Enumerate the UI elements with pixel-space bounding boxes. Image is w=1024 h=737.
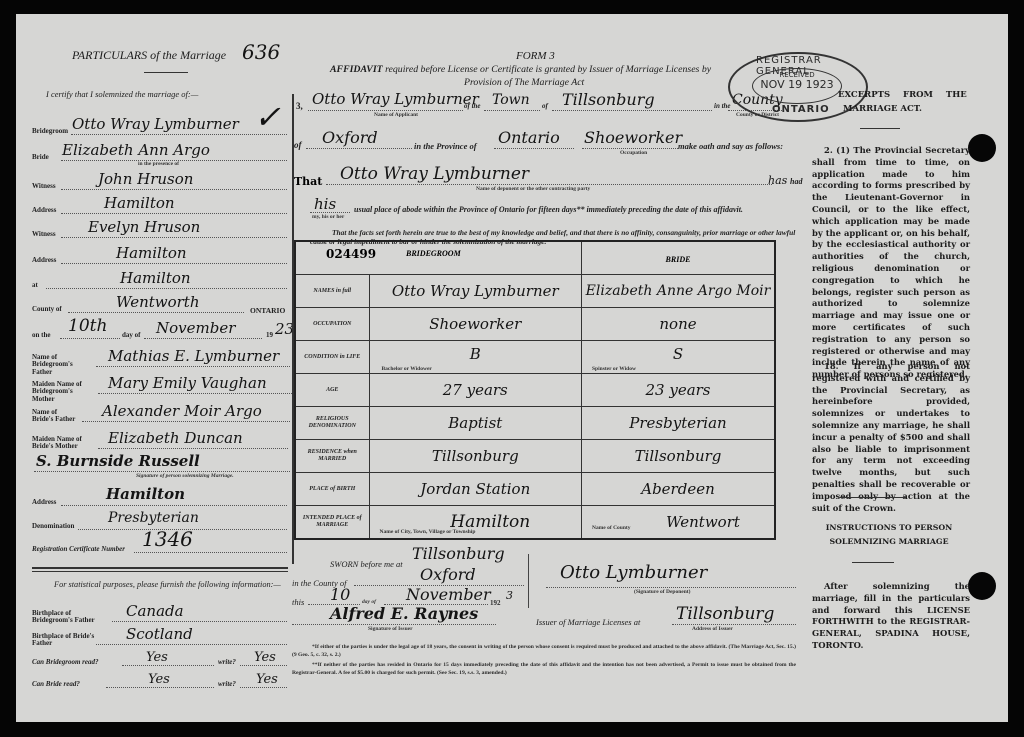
title-note: 636 — [242, 40, 280, 64]
underline — [292, 624, 496, 625]
bride-label: Bride — [32, 154, 49, 161]
form-number: FORM 3 — [516, 50, 555, 62]
deponent-caption: Name of deponent or the other contractin… — [476, 186, 590, 192]
bride-father-birthplace-value: Scotland — [126, 625, 193, 643]
groom-read-value: Yes — [146, 650, 168, 665]
bride-names: Elizabeth Anne Argo Moir — [582, 275, 776, 308]
issuer-place-caption: Address of Issuer — [692, 626, 733, 632]
divider — [852, 562, 894, 563]
affidavit-heading-rest: required before License or Certificate i… — [385, 64, 711, 75]
bride-mother-value: Elizabeth Duncan — [108, 429, 243, 447]
reg-cert-label: Registration Certificate Number — [32, 546, 125, 553]
groom-father-birthplace-value: Canada — [126, 602, 184, 620]
table-header-bridegroom: 024499 BRIDEGROOM — [295, 241, 582, 275]
deponent-signature: Otto Lymburner — [560, 562, 707, 583]
issuer-place: Tillsonburg — [676, 604, 774, 624]
bride-father-value: Alexander Moir Argo — [102, 402, 262, 420]
row-label: RELIGIOUS DENOMINATION — [295, 407, 369, 440]
underline — [122, 665, 214, 666]
groom-father-birthplace-label: Birthplace of Bridegroom's Father — [32, 610, 112, 625]
excerpt-section-2: 2. (1) The Provincial Secretary shall fr… — [812, 145, 970, 381]
groom-write-label: write? — [218, 659, 236, 666]
row-label: CONDITION in LIFE — [295, 341, 369, 374]
groom-names: Otto Wray Lymburner — [369, 275, 581, 308]
underline — [308, 110, 463, 111]
groom-write-value: Yes — [254, 650, 276, 665]
officiant-address-label: Address — [32, 499, 56, 506]
bride-read-label: Can Bride read? — [32, 681, 80, 688]
excerpts-title-2: MARRIAGE ACT. — [843, 104, 922, 114]
row-label: OCCUPATION — [295, 308, 369, 341]
stamp-inner-ring: RECEIVED NOV 19 1923 — [752, 68, 842, 104]
certificate-number: 024499 — [326, 247, 376, 261]
issuer-text: Issuer of Marriage Licenses at — [536, 617, 640, 627]
divider — [144, 72, 188, 73]
table-header-bride: BRIDE — [582, 241, 776, 275]
underline — [582, 148, 678, 149]
pronoun-caption: my, his or her — [312, 214, 344, 220]
sworn-day: 10 — [330, 585, 350, 604]
table-row-names: NAMES in full Otto Wray Lymburner Elizab… — [295, 275, 775, 308]
groom-birthplace: Jordan Station — [369, 473, 581, 506]
this-text: this — [292, 597, 304, 607]
table-row-occupation: OCCUPATION Shoeworker none — [295, 308, 775, 341]
at-value: Hamilton — [120, 269, 191, 287]
ontario-label: ONTARIO — [250, 307, 285, 315]
table-row-residence: RESIDENCE when MARRIED Tillsonburg Tills… — [295, 440, 775, 473]
underline — [71, 134, 287, 135]
underline — [98, 393, 292, 394]
address1-value: Hamilton — [104, 194, 175, 212]
bride-value: Elizabeth Ann Argo — [62, 141, 210, 159]
occupation-value: Shoeworker — [584, 128, 682, 147]
at-label: at — [32, 282, 38, 289]
address2-value: Hamilton — [116, 244, 187, 262]
groom-condition-cell: B Bachelor or Widower — [369, 341, 581, 374]
excerpts-title-1: EXCERPTS FROM THE — [838, 90, 967, 100]
denomination-value: Presbyterian — [108, 510, 199, 526]
address1-label: Address — [32, 207, 56, 214]
underline — [306, 148, 412, 149]
bride-occupation: none — [582, 308, 776, 341]
year-prefix: 19 — [266, 332, 273, 339]
bride-write-label: write? — [218, 681, 236, 688]
underline — [34, 471, 290, 472]
groom-condition-caption: Bachelor or Widower — [382, 366, 432, 372]
punch-hole-top — [968, 134, 996, 162]
day-value: 10th — [68, 316, 107, 336]
bride-mother-label: Maiden Name of Bride's Mother — [32, 436, 96, 451]
bride-father-label: Name of Bride's Father — [32, 409, 80, 424]
groom-intended-place-cell: Hamilton Name of City, Town, Village or … — [369, 506, 581, 540]
bride-residence: Tillsonburg — [582, 440, 776, 473]
occupation-caption: Occupation — [620, 150, 647, 156]
underline — [672, 624, 796, 625]
table-header-row: 024499 BRIDEGROOM BRIDE — [295, 241, 775, 275]
table-row-age: AGE 27 years 23 years — [295, 374, 775, 407]
bracket-line — [528, 554, 529, 608]
bride-condition: S — [582, 345, 774, 363]
punch-hole-bottom — [968, 572, 996, 600]
sworn-year-value: 3 — [506, 589, 513, 602]
underline — [68, 312, 244, 313]
section-divider — [32, 571, 288, 572]
underline — [106, 687, 214, 688]
table-row-condition: CONDITION in LIFE B Bachelor or Widower … — [295, 341, 775, 374]
signature-caption: Signature of person solemnizing Marriage… — [136, 473, 234, 479]
groom-religion: Baptist — [369, 407, 581, 440]
table-row-religion: RELIGIOUS DENOMINATION Baptist Presbyter… — [295, 407, 775, 440]
groom-age: 27 years — [369, 374, 581, 407]
deponent-caption: (Signature of Deponent) — [634, 589, 690, 595]
applicant-caption: Name of Applicant — [374, 112, 418, 118]
particulars-title: PARTICULARS of the Marriage — [72, 48, 226, 63]
underline — [484, 110, 540, 111]
underline — [240, 687, 287, 688]
of-the-label: of the — [464, 103, 481, 110]
officiant-address-value: Hamilton — [106, 485, 185, 503]
bridegroom-label: Bridegroom — [32, 128, 68, 135]
table-row-birthplace: PLACE of BIRTH Jordan Station Aberdeen — [295, 473, 775, 506]
of-label: of — [542, 103, 548, 110]
pronoun-value: his — [314, 195, 336, 213]
row-label: PLACE of BIRTH — [295, 473, 369, 506]
residence-county: Oxford — [322, 128, 378, 147]
stamp-bottom-text: ONTARIO — [772, 104, 830, 115]
groom-mother-label: Maiden Name of Bridegroom's Mother — [32, 381, 96, 403]
affidavit-heading-line2: Provision of The Marriage Act — [464, 77, 584, 88]
denomination-label: Denomination — [32, 523, 74, 530]
bride-condition-cell: S Spinster or Widow — [582, 341, 776, 374]
underline — [546, 587, 796, 588]
groom-father-value: Mathias E. Lymburner — [108, 347, 279, 365]
row-label: AGE — [295, 374, 369, 407]
underline — [494, 148, 574, 149]
bride-religion: Presbyterian — [582, 407, 776, 440]
check-mark-icon: ✓ — [254, 98, 281, 136]
instructions-title-2: SOLEMNIZING MARRIAGE — [808, 537, 970, 546]
underline — [98, 448, 288, 449]
bride-header: BRIDE — [666, 255, 691, 264]
underline — [240, 665, 287, 666]
presence-caption: in the presence of — [138, 161, 179, 167]
footnote-2: **If neither of the parties has resided … — [292, 662, 796, 677]
underline — [46, 288, 287, 289]
bride-read-value: Yes — [148, 672, 170, 687]
witness2-value: Evelyn Hruson — [88, 218, 200, 236]
groom-read-label: Can Bridegroom read? — [32, 659, 99, 666]
had-label: had — [790, 178, 802, 186]
row-label: RESIDENCE when MARRIED — [295, 440, 369, 473]
day-of-label: day of — [122, 332, 140, 339]
section-divider — [32, 567, 288, 569]
affidavit-heading: AFFIDAVIT required before License or Cer… — [330, 64, 711, 75]
sworn-month: November — [406, 585, 491, 604]
underline — [96, 366, 290, 367]
bridegroom-value: Otto Wray Lymburner — [72, 115, 239, 133]
month-value: November — [156, 319, 235, 337]
excerpt-section-18: 18. If any person not registered with an… — [812, 361, 970, 514]
bride-father-birthplace-label: Birthplace of Bride's Father — [32, 633, 112, 648]
groom-mother-value: Mary Emily Vaughan — [108, 374, 267, 392]
witness1-value: John Hruson — [98, 170, 193, 188]
divider — [840, 497, 906, 498]
witness1-label: Witness — [32, 183, 56, 190]
underline — [552, 110, 712, 111]
bride-write-value: Yes — [256, 672, 278, 687]
has-value: has — [768, 174, 787, 187]
officiant-signature: S. Burnside Russell — [36, 452, 200, 470]
bride-condition-caption: Spinster or Widow — [592, 366, 636, 372]
stamp-date: NOV 19 1923 — [753, 79, 841, 91]
intended-county-caption: Name of County — [592, 525, 631, 531]
marriage-document-page: PARTICULARS of the Marriage 636 I certif… — [16, 14, 1008, 722]
underline — [61, 213, 287, 214]
abode-text: usual place of abode within the Province… — [354, 205, 743, 214]
underline — [61, 505, 287, 506]
underline — [61, 237, 287, 238]
footnote-1: *If either of the parties is under the l… — [292, 644, 796, 659]
underline — [61, 189, 287, 190]
address2-label: Address — [32, 257, 56, 264]
issuer-caption: Signature of Issuer — [368, 626, 413, 632]
underline — [96, 644, 287, 645]
instructions-title-1: INSTRUCTIONS TO PERSON — [808, 523, 970, 532]
sworn-place: Tillsonburg — [412, 544, 505, 563]
bride-age: 23 years — [582, 374, 776, 407]
marriage-details-table: 024499 BRIDEGROOM BRIDE NAMES in full Ot… — [294, 240, 776, 540]
bride-birthplace: Aberdeen — [582, 473, 776, 506]
oath-text: make oath and say as follows: — [678, 141, 783, 151]
county-label: County of — [32, 306, 62, 313]
underline — [112, 621, 287, 622]
bridegroom-header: BRIDEGROOM — [406, 249, 461, 258]
place-type: Town — [492, 92, 530, 108]
groom-occupation: Shoeworker — [369, 308, 581, 341]
of-label-2: of — [294, 141, 302, 150]
bride-intended-place-cell: Wentwort Name of County — [582, 506, 776, 540]
divider — [860, 128, 900, 129]
certify-text: I certify that I solemnized the marriage… — [46, 89, 198, 99]
applicant-name: Otto Wray Lymburner — [312, 90, 479, 108]
witness2-label: Witness — [32, 231, 56, 238]
deponent-name: Otto Wray Lymburner — [340, 164, 529, 184]
place-name: Tillsonburg — [562, 90, 655, 109]
sworn-text: SWORN before me at — [330, 559, 403, 569]
groom-condition: B — [370, 345, 581, 363]
row-label: NAMES in full — [295, 275, 369, 308]
sworn-year-prefix: 192 — [490, 599, 501, 607]
county-value: Wentworth — [116, 293, 200, 311]
statistical-text: For statistical purposes, please furnish… — [32, 579, 288, 591]
province-value: Ontario — [498, 128, 560, 147]
on-the-label: on the — [32, 332, 50, 339]
groom-residence: Tillsonburg — [369, 440, 581, 473]
underline — [134, 552, 287, 553]
underline — [144, 338, 262, 339]
row-label: INTENDED PLACE of MARRIAGE — [295, 506, 369, 540]
sworn-county: Oxford — [420, 565, 476, 584]
reg-cert-value: 1346 — [142, 527, 193, 551]
that-label: That — [294, 175, 322, 188]
table-row-intended-place: INTENDED PLACE of MARRIAGE Hamilton Name… — [295, 506, 775, 540]
underline — [61, 263, 287, 264]
intended-city-caption: Name of City, Town, Village or Township — [380, 529, 476, 535]
underline — [60, 338, 120, 339]
underline — [326, 184, 772, 185]
issuer-signature: Alfred E. Raynes — [330, 604, 478, 623]
instructions-text: After solemnizing the marriage, fill in … — [812, 581, 970, 652]
groom-father-label: Name of Bridegroom's Father — [32, 354, 92, 376]
province-text: in the Province of — [414, 141, 477, 151]
clause-number: 3, — [296, 102, 303, 111]
affidavit-heading-bold: AFFIDAVIT — [330, 64, 383, 75]
underline — [82, 421, 290, 422]
